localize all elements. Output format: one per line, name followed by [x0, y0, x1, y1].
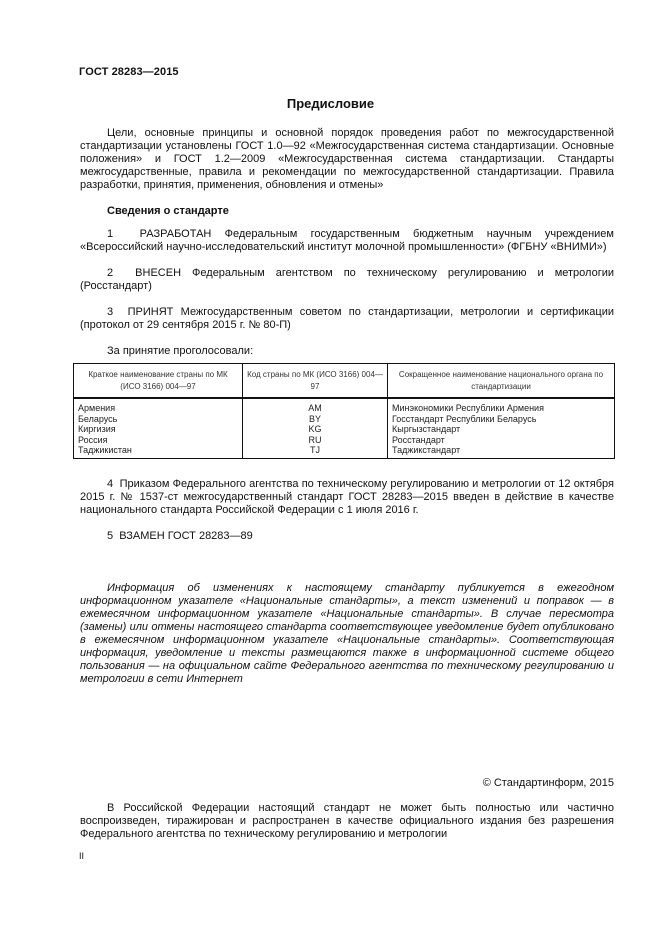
country-cell: Россия: [74, 435, 243, 446]
changes-notice-text: Информация об изменениях к настоящему ст…: [80, 582, 614, 685]
item-number: 2: [107, 267, 113, 279]
item-number: 4: [107, 478, 113, 490]
item-3: 3 ПРИНЯТ Межгосударственным советом по с…: [80, 306, 614, 332]
item-text: ПРИНЯТ Межгосударственным советом по ста…: [80, 306, 614, 331]
page-number: II: [79, 851, 84, 861]
page-title: Предисловие: [0, 96, 661, 111]
item-number: 3: [107, 306, 113, 318]
item-5: 5 ВЗАМЕН ГОСТ 28283—89: [80, 530, 614, 543]
column-header-country: Краткое наименование страны по МК (ИСО 3…: [74, 364, 243, 399]
reproduction-notice-text: В Российской Федерации настоящий стандар…: [80, 802, 614, 840]
changes-notice: Информация об изменениях к настоящему ст…: [80, 582, 614, 686]
item-text: РАЗРАБОТАН Федеральным государственным б…: [80, 228, 614, 253]
item-text: ВЗАМЕН ГОСТ 28283—89: [119, 530, 253, 542]
code-cell: RU: [243, 435, 388, 446]
voting-table: Краткое наименование страны по МК (ИСО 3…: [73, 363, 615, 459]
country-cell: Армения: [74, 398, 243, 414]
column-header-body: Сокращенное наименование национального о…: [388, 364, 615, 399]
body-cell: Таджикстандарт: [388, 445, 615, 458]
info-heading: Сведения о стандарте: [107, 205, 229, 217]
code-cell: TJ: [243, 445, 388, 458]
voting-label: За принятие проголосовали:: [107, 345, 253, 357]
document-code: ГОСТ 28283—2015: [79, 66, 179, 78]
intro-paragraph: Цели, основные принципы и основной поряд…: [80, 127, 614, 192]
copyright: © Стандартинформ, 2015: [483, 777, 614, 789]
item-text: ВНЕСЕН Федеральным агентством по техниче…: [80, 267, 614, 292]
body-cell: Госстандарт Республики Беларусь: [388, 414, 615, 425]
reproduction-notice: В Российской Федерации настоящий стандар…: [80, 802, 614, 841]
body-cell: Росстандарт: [388, 435, 615, 446]
column-header-code: Код страны по МК (ИСО 3166) 004—97: [243, 364, 388, 399]
item-4: 4 Приказом Федерального агентства по тех…: [80, 478, 614, 517]
body-cell: Минэкономики Республики Армения: [388, 398, 615, 414]
item-number: 1: [107, 228, 113, 240]
item-number: 5: [107, 530, 113, 542]
table-row: Беларусь BY Госстандарт Республики Белар…: [74, 414, 615, 425]
intro-text: Цели, основные принципы и основной поряд…: [80, 127, 614, 191]
table-row: Россия RU Росстандарт: [74, 435, 615, 446]
country-cell: Беларусь: [74, 414, 243, 425]
country-cell: Таджикистан: [74, 445, 243, 458]
code-cell: BY: [243, 414, 388, 425]
body-cell: Кыргызстандарт: [388, 424, 615, 435]
item-2: 2 ВНЕСЕН Федеральным агентством по техни…: [80, 267, 614, 293]
code-cell: AM: [243, 398, 388, 414]
table-header-row: Краткое наименование страны по МК (ИСО 3…: [74, 364, 615, 399]
table-row: Таджикистан TJ Таджикстандарт: [74, 445, 615, 458]
code-cell: KG: [243, 424, 388, 435]
country-cell: Киргизия: [74, 424, 243, 435]
item-1: 1 РАЗРАБОТАН Федеральным государственным…: [80, 228, 614, 254]
table-row: Армения AM Минэкономики Республики Армен…: [74, 398, 615, 414]
table-row: Киргизия KG Кыргызстандарт: [74, 424, 615, 435]
item-text: Приказом Федерального агентства по техни…: [80, 478, 614, 516]
